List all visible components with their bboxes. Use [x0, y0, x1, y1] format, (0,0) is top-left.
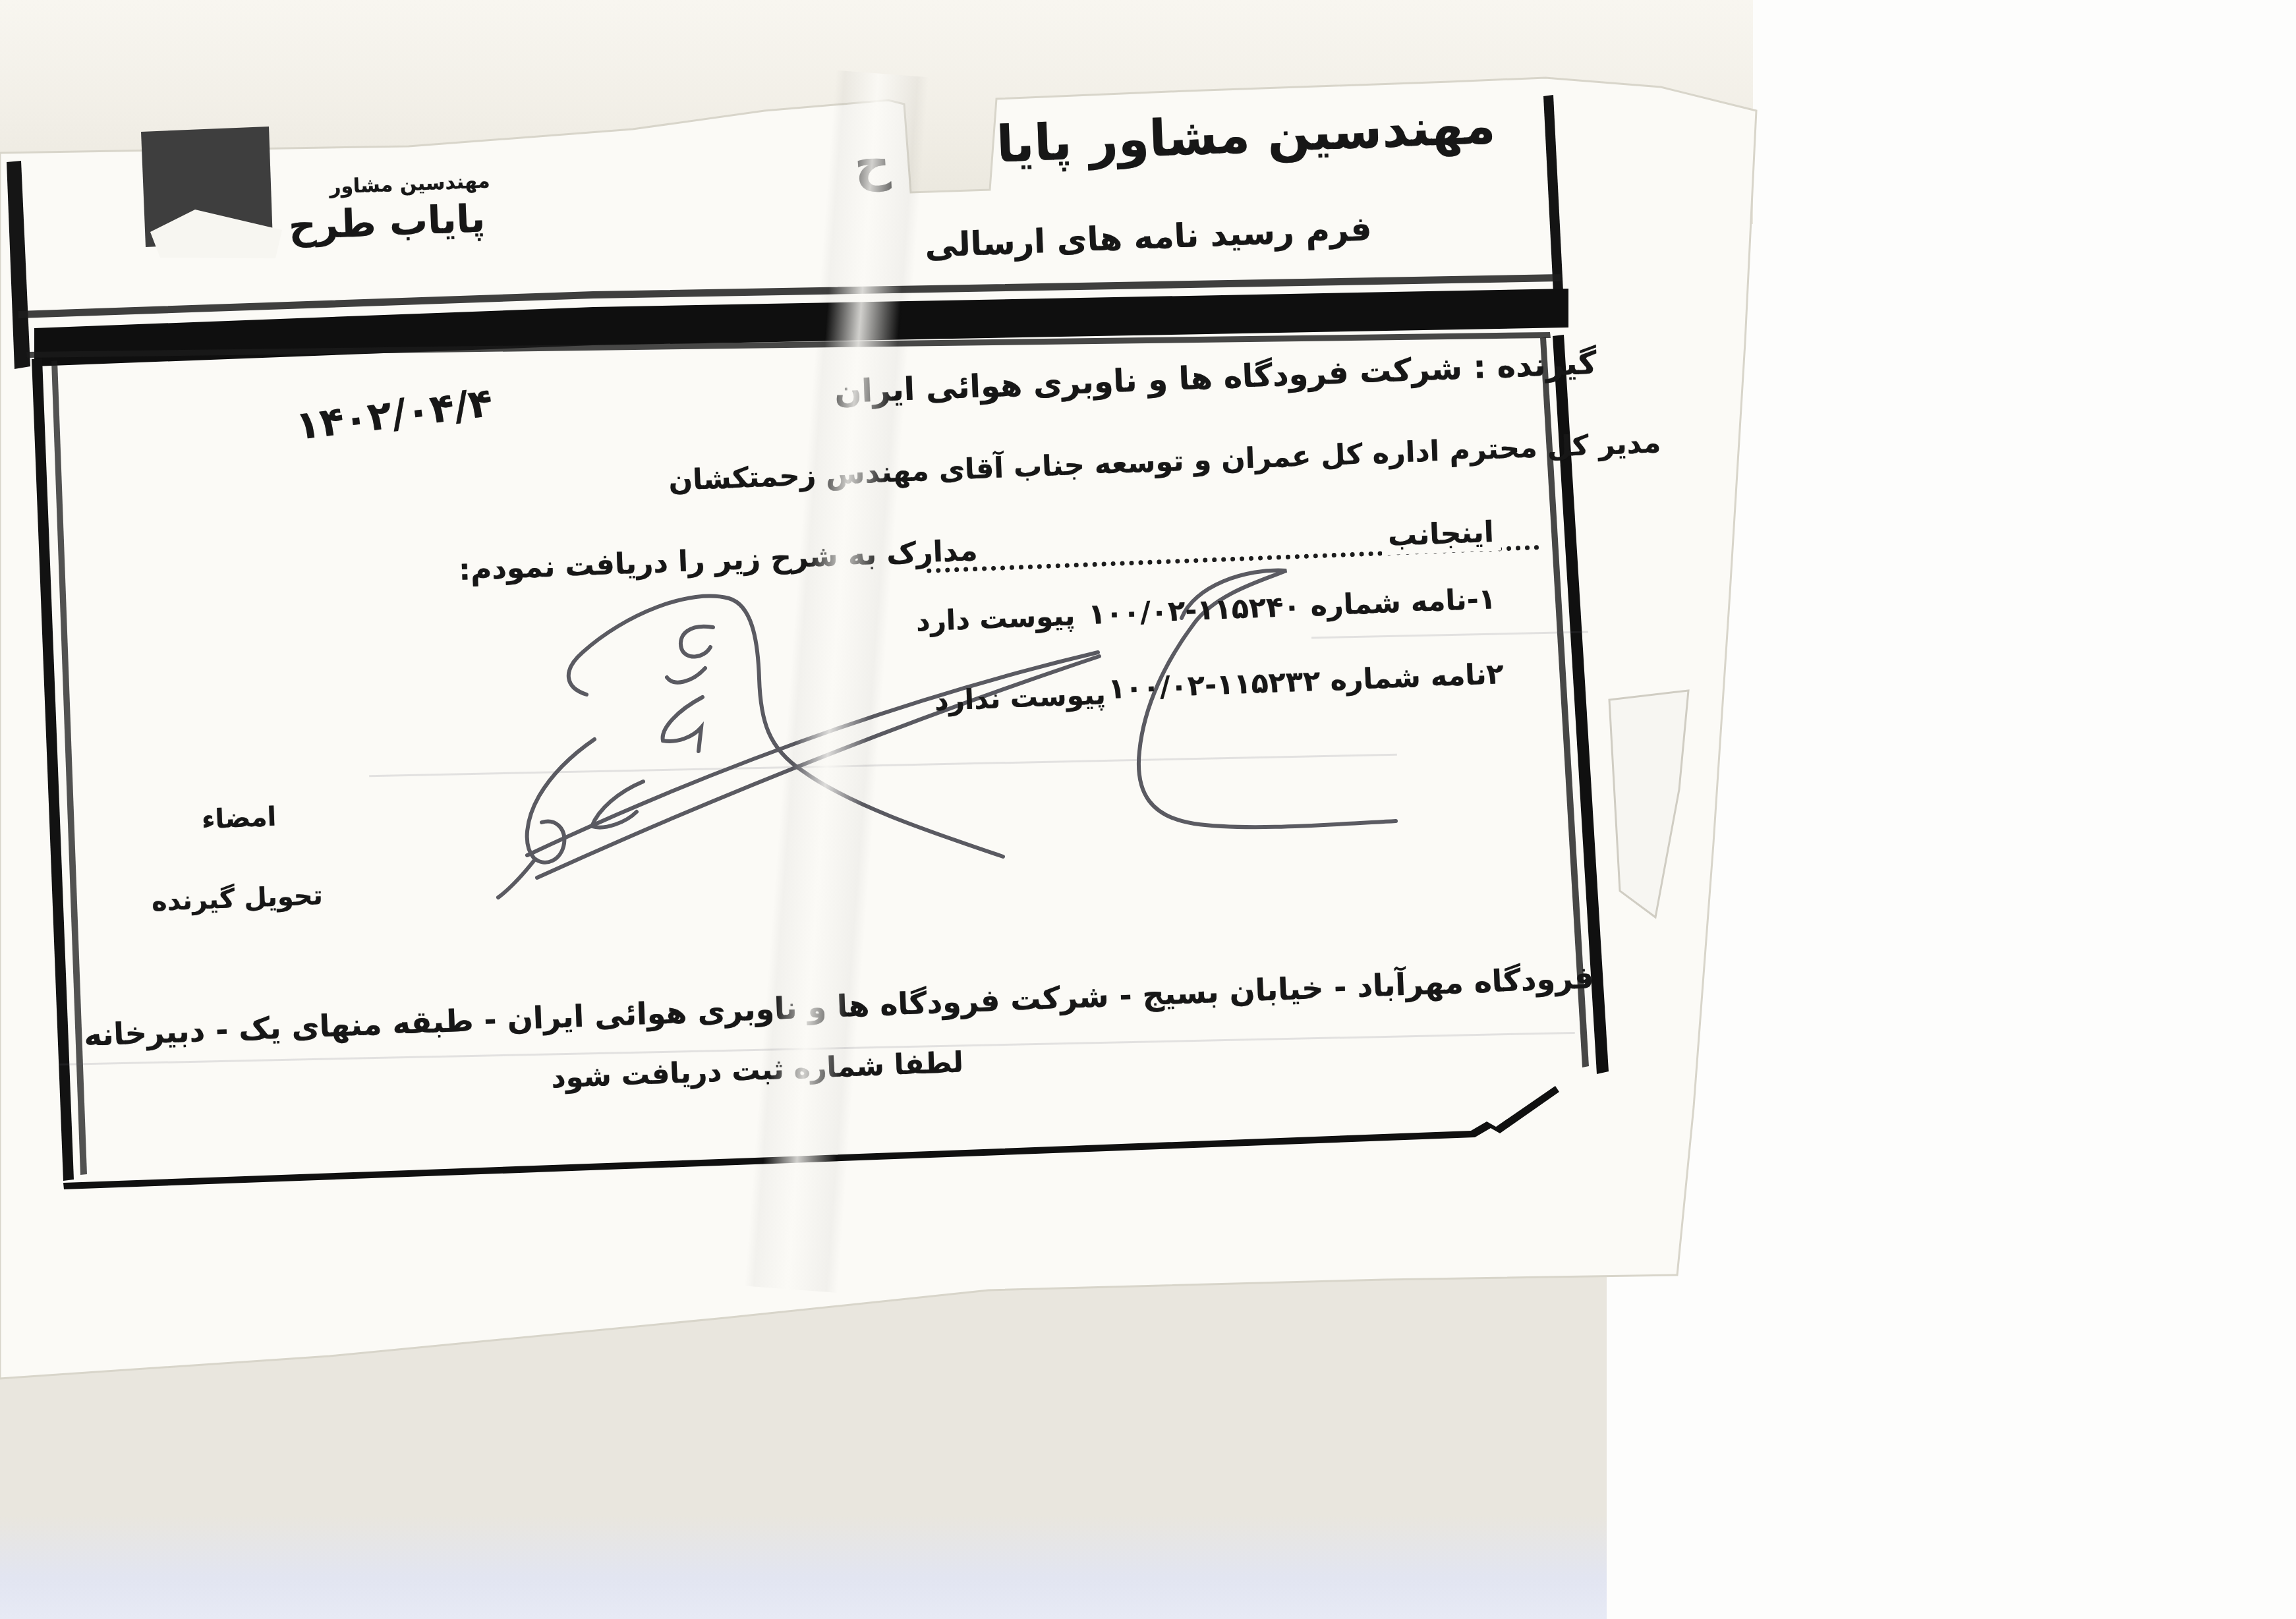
attachment-status-1: پیوست دارد: [915, 598, 1076, 640]
signature-label: امضاء: [201, 800, 277, 837]
receiver-label: تحویل گیرنده: [151, 878, 324, 919]
logo-name: پایاب طرح: [288, 194, 486, 251]
scanned-receipt-form: مهندسین مشاور پایاب طرح مهندسین مشاور پا…: [0, 0, 2296, 1619]
attachment-status-2: پیوست ندارد: [934, 677, 1106, 720]
undersigned-label: اینجانب: [1381, 513, 1501, 555]
